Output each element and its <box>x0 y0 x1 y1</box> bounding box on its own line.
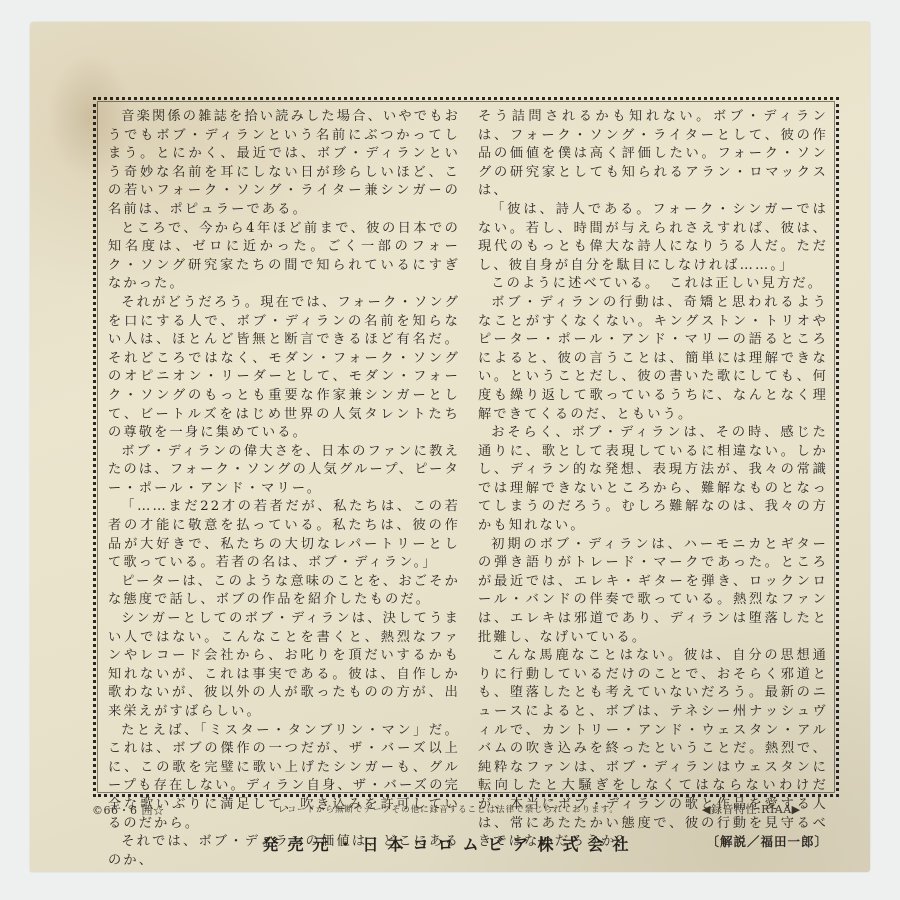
copy-prohibition-notice: レコードから無断でテープその他に録音することは法律で禁じられております。 <box>278 803 619 815</box>
paragraph: おそらく、ボブ・ディランは、その時、感じた通りに、歌として表現しているに相違ない… <box>478 424 828 536</box>
copyright-mark: ©66・6 囲☆ <box>92 802 165 818</box>
paragraph: そう詰問されるかも知れない。ボブ・ディランは、フォーク・ソング・ライターとして、… <box>478 108 828 201</box>
paragraph-quote: 「彼は、詩人である。フォーク・シンガーではない。若し、時間が与えられさえすれば、… <box>478 201 828 275</box>
paragraph: ピーターは、このような意味のことを、おごそかな態度で話し、ボブの作品を紹介したも… <box>108 573 460 610</box>
liner-notes-left-column: 音楽関係の雑誌を拾い読みした場合、いやでもおうでもボブ・ディランという名前にぶつ… <box>108 108 460 870</box>
record-sleeve-back: 音楽関係の雑誌を拾い読みした場合、いやでもおうでもボブ・ディランという名前にぶつ… <box>30 22 870 872</box>
paragraph: こんな馬鹿なことはない。彼は、自分の思想通りに行動しているだけのことで、おそらく… <box>478 647 828 852</box>
paragraph: ところで、今から4年ほど前まで、彼の日本での知名度は、ゼロに近かった。ごく一部の… <box>108 220 460 294</box>
liner-notes-frame: 音楽関係の雑誌を拾い読みした場合、いやでもおうでもボブ・ディランという名前にぶつ… <box>93 97 839 797</box>
liner-notes-right-column: そう詰問されるかも知れない。ボブ・ディランは、フォーク・ソング・ライターとして、… <box>478 108 828 852</box>
paragraph: シンガーとしてのボブ・ディランは、決してうまい人ではない。こんなことを書くと、熱… <box>108 610 460 722</box>
publisher-line: 発売元・日本コロムビア株式会社 <box>30 832 870 855</box>
paragraph: 初期のボブ・ディランは、ハーモニカとギターの弾き語りがトレード・マークであった。… <box>478 536 828 648</box>
paragraph-quote: 「……まだ22才の若者だが、私たちは、この若者の才能に敬意を払っている。私たちは… <box>108 498 460 572</box>
paragraph: 音楽関係の雑誌を拾い読みした場合、いやでもおうでもボブ・ディランという名前にぶつ… <box>108 108 460 220</box>
paragraph: このように述べている。 これは正しい見方だ。 <box>478 275 828 294</box>
paragraph: ボブ・ディランの行動は、奇矯と思われるようなことがすくなくない。キングストン・ト… <box>478 294 828 424</box>
paragraph: ボブ・ディランの偉大さを、日本のファンに教えたのは、フォーク・ソングの人気グルー… <box>108 443 460 499</box>
paragraph: それがどうだろう。現在では、フォーク・ソングを口にする人で、ボブ・ディランの名前… <box>108 294 460 443</box>
riaa-characteristic: ◀録音特性:RIAA▶ <box>702 801 801 817</box>
